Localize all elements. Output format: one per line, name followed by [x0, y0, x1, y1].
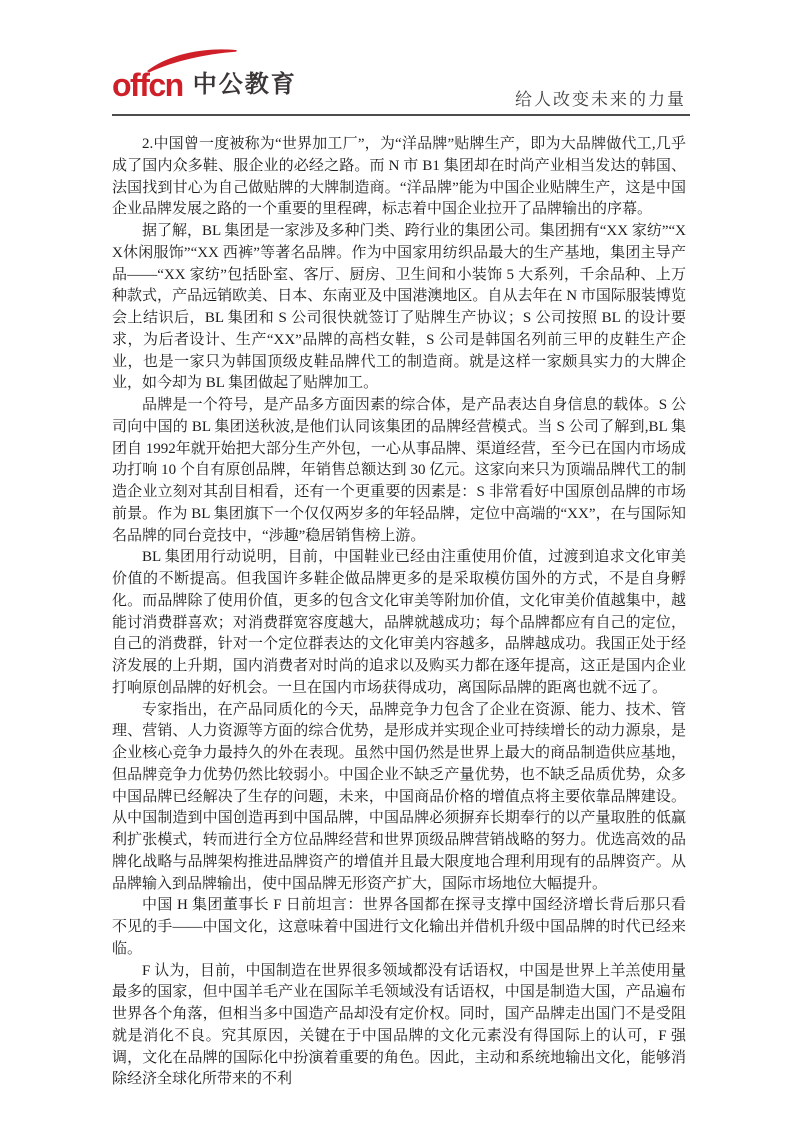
offcn-logo: offcn 中公教育	[112, 56, 297, 100]
logo-text-en: offcn	[112, 70, 183, 100]
paragraph-4: BL 集团用行动说明，目前，中国鞋业已经由注重使用价值，过渡到追求文化审美价值的…	[112, 547, 686, 699]
logo-text-cn: 中公教育	[193, 71, 297, 100]
paragraph-6: 中国 H 集团董事长 F 日前坦言：世界各国都在探寻支撑中国经济增长背后那只看不…	[112, 895, 686, 960]
paragraph-3: 品牌是一个符号，是产品多方面因素的综合体，是产品表达自身信息的载体。S 公司向中…	[112, 395, 686, 547]
document-body: 2.中国曾一度被称为“世界加工厂”，为“洋品牌”贴牌生产，即为大品牌做代工,几乎…	[112, 134, 686, 1091]
header-divider	[112, 114, 690, 116]
paragraph-7: F 认为，目前，中国制造在世界很多领域都没有话语权，中国是世界上羊羔使用量最多的…	[112, 961, 686, 1092]
page-header: offcn 中公教育 给人改变未来的力量	[112, 52, 686, 118]
logo-swoosh-icon	[146, 47, 238, 73]
document-page: offcn 中公教育 给人改变未来的力量 2.中国曾一度被称为“世界加工厂”，为…	[0, 0, 793, 1122]
header-slogan: 给人改变未来的力量	[515, 85, 686, 110]
paragraph-5: 专家指出，在产品同质化的今天，品牌竞争力包含了企业在资源、能力、技术、管理、营销…	[112, 700, 686, 896]
paragraph-1: 2.中国曾一度被称为“世界加工厂”，为“洋品牌”贴牌生产，即为大品牌做代工,几乎…	[112, 134, 686, 221]
offcn-logo-wordmark: offcn	[112, 56, 183, 100]
paragraph-2: 据了解，BL 集团是一家涉及多种门类、跨行业的集团公司。集团拥有“XX 家纺”“…	[112, 221, 686, 395]
